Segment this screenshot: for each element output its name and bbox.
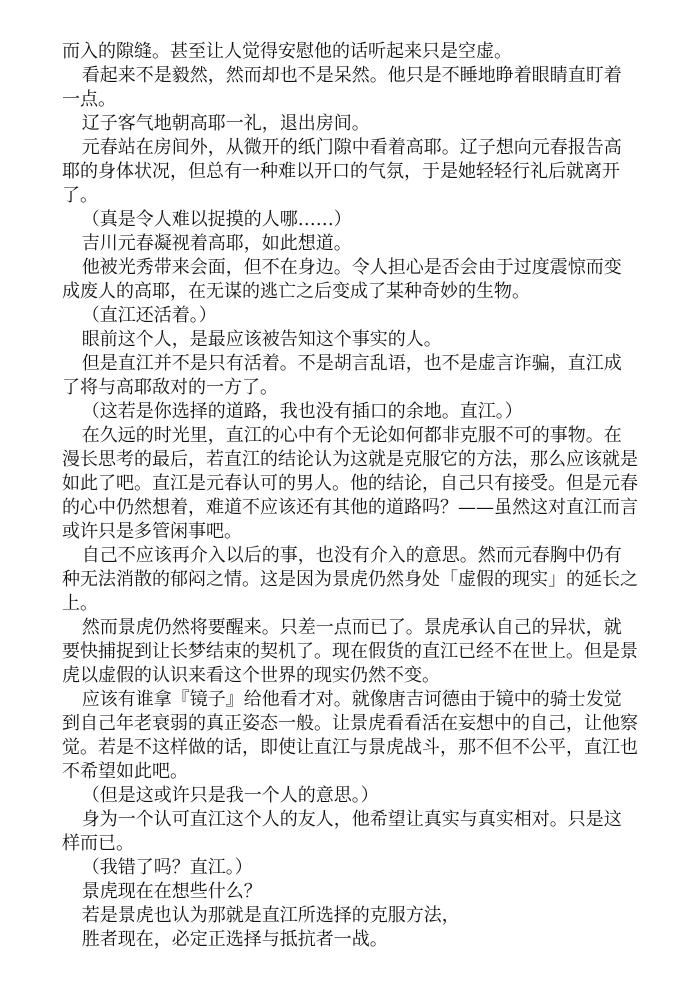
inner-thought: （直江还活着。） [62, 304, 638, 328]
paragraph: 眼前这个人，是最应该被告知这个事实的人。 [62, 328, 638, 352]
paragraph: 胜者现在，必定正选择与抵抗者一战。 [62, 928, 638, 952]
document-page: 而入的隙缝。甚至让人觉得安慰他的话听起来只是空虚。 看起来不是毅然，然而却也不是… [62, 40, 638, 952]
paragraph: 他被光秀带来会面，但不在身边。令人担心是否会由于过度震惊而变成废人的高耶，在无谋… [62, 256, 638, 304]
paragraph: 辽子客气地朝高耶一礼，退出房间。 [62, 112, 638, 136]
paragraph: 而入的隙缝。甚至让人觉得安慰他的话听起来只是空虚。 [62, 40, 638, 64]
paragraph: 元春站在房间外，从微开的纸门隙中看着高耶。辽子想向元春报告高耶的身体状况，但总有… [62, 136, 638, 208]
paragraph: 身为一个认可直江这个人的友人，他希望让真实与真实相对。只是这样而已。 [62, 808, 638, 856]
inner-thought: （真是令人难以捉摸的人哪……） [62, 208, 638, 232]
paragraph: 然而景虎仍然将要醒来。只差一点而已了。景虎承认自己的异状，就要快捕捉到让长梦结束… [62, 616, 638, 688]
paragraph: 在久远的时光里，直江的心中有个无论如何都非克服不可的事物。在漫长思考的最后，若直… [62, 424, 638, 544]
inner-thought: （这若是你选择的道路，我也没有插口的余地。直江。） [62, 400, 638, 424]
paragraph: 看起来不是毅然，然而却也不是呆然。他只是不睡地睁着眼睛直盯着一点。 [62, 64, 638, 112]
paragraph: 应该有谁拿『镜子』给他看才对。就像唐吉诃德由于镜中的骑士发觉到自己年老衰弱的真正… [62, 688, 638, 784]
paragraph: 景虎现在在想些什么？ [62, 880, 638, 904]
paragraph: 但是直江并不是只有活着。不是胡言乱语，也不是虚言诈骗，直江成了将与高耶敌对的一方… [62, 352, 638, 400]
inner-thought: （我错了吗？直江。） [62, 856, 638, 880]
inner-thought: （但是这或许只是我一个人的意思。） [62, 784, 638, 808]
paragraph: 自己不应该再介入以后的事，也没有介入的意思。然而元春胸中仍有种无法消散的郁闷之情… [62, 544, 638, 616]
paragraph: 吉川元春凝视着高耶，如此想道。 [62, 232, 638, 256]
paragraph: 若是景虎也认为那就是直江所选择的克服方法， [62, 904, 638, 928]
